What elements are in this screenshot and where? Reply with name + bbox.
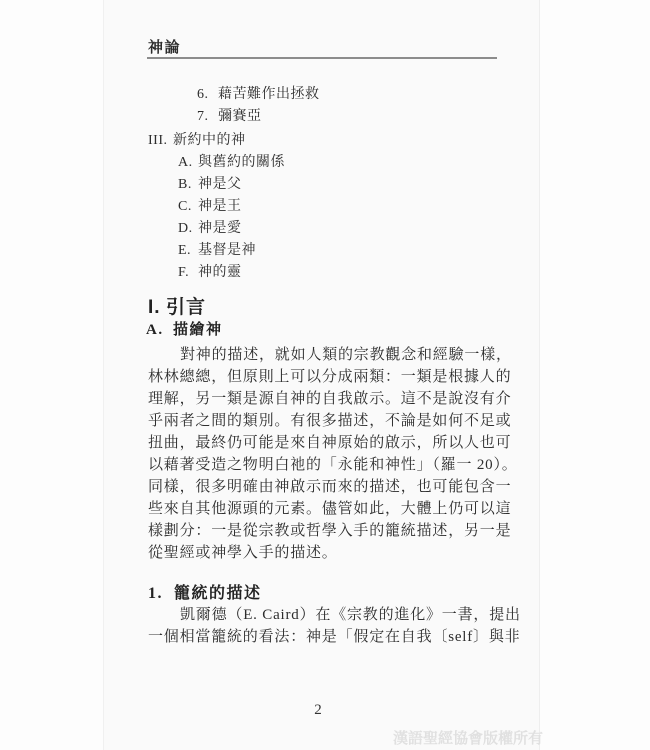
outline-item: E.基督是神 [148,240,508,262]
section-heading-label: I. [148,297,162,319]
section-heading-title: 引言 [166,297,206,318]
copyright-watermark: 漢語聖經協會版權所有 [393,727,543,748]
numbered-subheading-title: 籠統的描述 [174,585,262,602]
body-line: 扭曲，最終仍可能是來自神原始的啟示，所以人也可 [148,432,500,454]
body-line: 凱爾德（E. Caird）在《宗教的進化》一書，提出 [148,604,500,626]
outline-item-text: 神是王 [198,199,242,214]
subsection-heading: A.描繪神 [146,318,223,339]
outline-item: 7.彌賽亞 [148,106,508,128]
page-number: 2 [290,702,346,719]
body-paragraph-1: 對神的描述，就如人類的宗教觀念和經驗一樣， 林林總總，但原則上可以分成兩類：一類… [148,344,500,564]
body-line: 理解，另一類是源自神的自我啟示。這不是說沒有介 [148,388,500,410]
outline-item: D.神是愛 [148,218,508,240]
outline-item: F.神的靈 [148,262,508,284]
outline-item-label: 6. [197,84,218,106]
body-line: 乎兩者之間的類別。有很多描述，不論是如何不足或 [148,410,500,432]
outline-item-label: 7. [197,106,218,128]
outline-item: B.神是父 [148,174,508,196]
book-page: 神論 6.藉苦難作出拯救 7.彌賽亞 III.新約中的神 A.與舊約的關係 B.… [0,0,650,750]
outline-item-label: III. [148,130,173,152]
running-header-title: 神論 [148,36,181,57]
outline-item: III.新約中的神 [148,130,508,152]
body-line: 從聖經或神學入手的描述。 [148,542,500,564]
body-line: 些來自其他源頭的元素。儘管如此，大體上仍可以這 [148,498,500,520]
header-rule [147,57,497,59]
body-line: 以藉著受造之物明白祂的「永能和神性」（羅一 20）。 [148,454,500,476]
body-line: 對神的描述，就如人類的宗教觀念和經驗一樣， [148,344,500,366]
outline-item: A.與舊約的關係 [148,152,508,174]
subsection-heading-title: 描繪神 [173,322,223,338]
section-heading: I.引言 [148,292,206,319]
outline-item-text: 神是愛 [198,221,242,236]
numbered-subheading: 1.籠統的描述 [148,580,262,603]
outline-list: 6.藉苦難作出拯救 7.彌賽亞 III.新約中的神 A.與舊約的關係 B.神是父… [148,84,508,284]
outline-item-text: 新約中的神 [173,133,246,148]
outline-item: C.神是王 [148,196,508,218]
body-paragraph-2: 凱爾德（E. Caird）在《宗教的進化》一書，提出 一個相當籠統的看法：神是「… [148,604,500,648]
outline-item-label: F. [178,262,198,284]
outline-item-label: C. [178,196,198,218]
outline-item-text: 神是父 [198,177,242,192]
outline-item-label: D. [178,218,198,240]
numbered-subheading-label: 1. [148,585,174,603]
outline-item-text: 神的靈 [198,265,242,280]
outline-item-label: A. [178,152,198,174]
body-line: 一個相當籠統的看法：神是「假定在自我〔self〕與非 [148,626,500,648]
outline-item-text: 彌賽亞 [218,109,262,124]
outline-item-text: 與舊約的關係 [198,155,285,170]
outline-item-text: 基督是神 [198,243,256,258]
outline-item-text: 藉苦難作出拯救 [218,87,320,102]
outline-item-label: B. [178,174,198,196]
body-line: 同樣，很多明確由神啟示而來的描述，也可能包含一 [148,476,500,498]
body-line: 樣劃分：一是從宗教或哲學入手的籠統描述，另一是 [148,520,500,542]
body-line: 林林總總，但原則上可以分成兩類：一類是根據人的 [148,366,500,388]
outline-item-label: E. [178,240,198,262]
outline-item: 6.藉苦難作出拯救 [148,84,508,106]
subsection-heading-label: A. [146,322,173,339]
